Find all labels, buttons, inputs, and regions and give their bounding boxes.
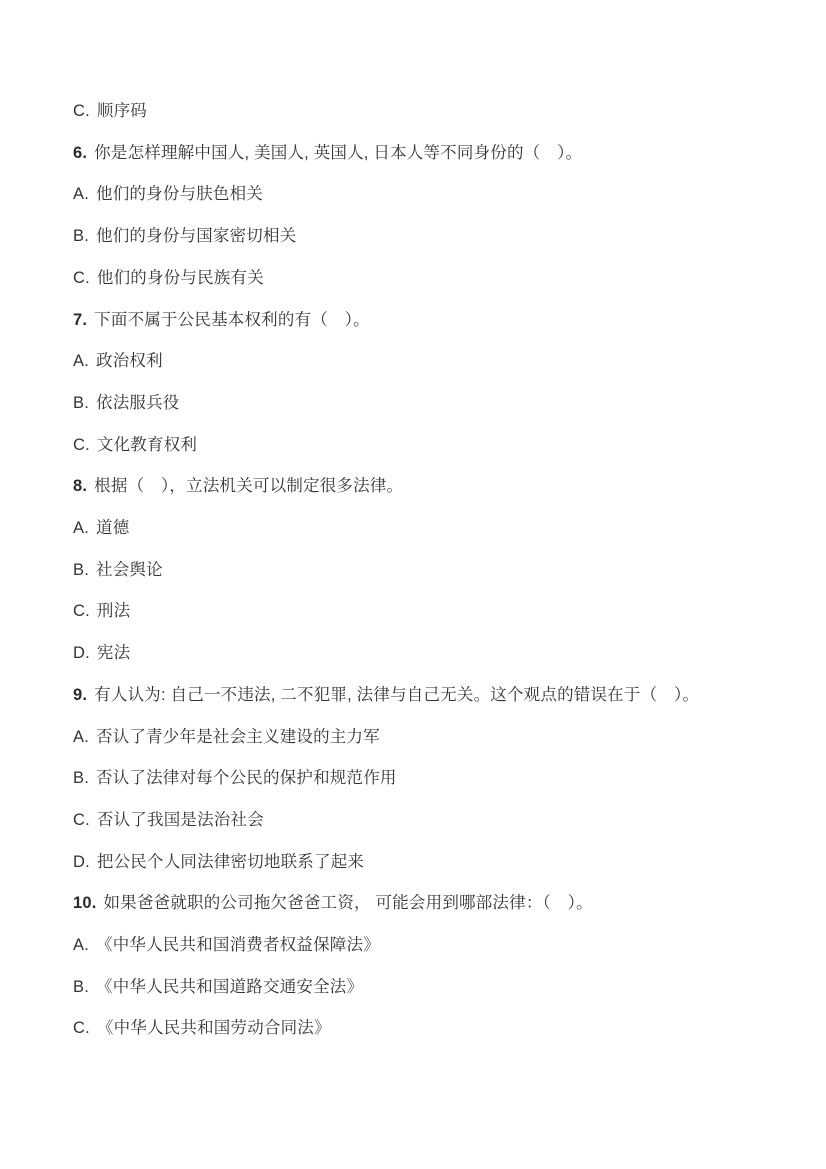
option-line: C.《中华人民共和国劳动合同法》 xyxy=(73,1008,786,1050)
option-label: B. xyxy=(73,394,89,412)
question-stem: 下面不属于公民基本权利的有（ ）。 xyxy=(94,311,370,329)
option-line: A.道德 xyxy=(73,508,786,550)
option-label: C. xyxy=(73,811,90,829)
option-line: D.宪法 xyxy=(73,633,786,675)
question-number: 7. xyxy=(73,311,87,329)
option-label: B. xyxy=(73,227,89,245)
question-line: 8.根据（ ），立法机关可以制定很多法律。 xyxy=(73,466,786,508)
option-label: A. xyxy=(73,936,89,954)
option-line: A.政治权利 xyxy=(73,341,786,383)
option-line: C.否认了我国是法治社会 xyxy=(73,800,786,842)
question-number: 8. xyxy=(73,477,87,495)
option-line: A.否认了青少年是社会主义建设的主力军 xyxy=(73,717,786,759)
question-stem: 你是怎样理解中国人, 美国人, 英国人, 日本人等不同身份的（ ）。 xyxy=(94,144,582,162)
option-label: B. xyxy=(73,978,89,996)
option-text: 他们的身份与民族有关 xyxy=(97,269,264,287)
option-text: 他们的身份与国家密切相关 xyxy=(96,227,296,245)
option-label: C. xyxy=(73,269,90,287)
option-line: D.把公民个人同法律密切地联系了起来 xyxy=(73,842,786,884)
question-stem: 有人认为: 自己一不违法, 二不犯罪, 法律与自己无关。这个观点的错误在于（ ）… xyxy=(94,686,699,704)
option-text: 把公民个人同法律密切地联系了起来 xyxy=(97,853,364,871)
option-label: B. xyxy=(73,561,89,579)
option-text: 政治权利 xyxy=(96,352,163,370)
option-text: 否认了青少年是社会主义建设的主力军 xyxy=(96,728,380,746)
question-number: 9. xyxy=(73,686,87,704)
option-line: B.社会舆论 xyxy=(73,550,786,592)
question-line: 10.如果爸爸就职的公司拖欠爸爸工资， 可能会用到哪部法律：（ ）。 xyxy=(73,883,786,925)
question-number: 6. xyxy=(73,144,87,162)
option-text: 《中华人民共和国劳动合同法》 xyxy=(97,1019,331,1037)
option-line: C.他们的身份与民族有关 xyxy=(73,258,786,300)
question-stem: 如果爸爸就职的公司拖欠爸爸工资， 可能会用到哪部法律：（ ）。 xyxy=(104,894,593,912)
option-label: C. xyxy=(73,1019,90,1037)
option-text: 《中华人民共和国消费者权益保障法》 xyxy=(96,936,380,954)
option-line: B.依法服兵役 xyxy=(73,383,786,425)
option-label: B. xyxy=(73,769,89,787)
option-label: D. xyxy=(73,644,90,662)
option-label: A. xyxy=(73,519,89,537)
option-line: B.《中华人民共和国道路交通安全法》 xyxy=(73,967,786,1009)
option-label: A. xyxy=(73,352,89,370)
document-page: C.顺序码 6.你是怎样理解中国人, 美国人, 英国人, 日本人等不同身份的（ … xyxy=(0,0,826,1169)
option-text: 道德 xyxy=(96,519,129,537)
option-text: 社会舆论 xyxy=(96,561,163,579)
question-number: 10. xyxy=(73,894,97,912)
option-line: C.顺序码 xyxy=(73,91,786,133)
option-label: D. xyxy=(73,853,90,871)
option-text: 依法服兵役 xyxy=(96,394,180,412)
option-line: B.否认了法律对每个公民的保护和规范作用 xyxy=(73,758,786,800)
option-line: A.《中华人民共和国消费者权益保障法》 xyxy=(73,925,786,967)
option-text: 宪法 xyxy=(97,644,130,662)
option-line: A.他们的身份与肤色相关 xyxy=(73,174,786,216)
option-text: 刑法 xyxy=(97,602,130,620)
question-line: 7.下面不属于公民基本权利的有（ ）。 xyxy=(73,300,786,342)
option-label: A. xyxy=(73,185,89,203)
option-line: C.刑法 xyxy=(73,591,786,633)
question-stem: 根据（ ），立法机关可以制定很多法律。 xyxy=(94,477,403,495)
option-line: B.他们的身份与国家密切相关 xyxy=(73,216,786,258)
option-text: 否认了我国是法治社会 xyxy=(97,811,264,829)
option-label: A. xyxy=(73,728,89,746)
option-label: C. xyxy=(73,602,90,620)
question-line: 9.有人认为: 自己一不违法, 二不犯罪, 法律与自己无关。这个观点的错误在于（… xyxy=(73,675,786,717)
quiz-content: C.顺序码 6.你是怎样理解中国人, 美国人, 英国人, 日本人等不同身份的（ … xyxy=(73,91,786,1050)
option-text: 文化教育权利 xyxy=(97,436,197,454)
option-text: 他们的身份与肤色相关 xyxy=(96,185,263,203)
option-label: C. xyxy=(73,102,90,120)
option-label: C. xyxy=(73,436,90,454)
option-text: 顺序码 xyxy=(97,102,147,120)
option-line: C.文化教育权利 xyxy=(73,425,786,467)
question-line: 6.你是怎样理解中国人, 美国人, 英国人, 日本人等不同身份的（ ）。 xyxy=(73,133,786,175)
option-text: 《中华人民共和国道路交通安全法》 xyxy=(96,978,363,996)
option-text: 否认了法律对每个公民的保护和规范作用 xyxy=(96,769,397,787)
